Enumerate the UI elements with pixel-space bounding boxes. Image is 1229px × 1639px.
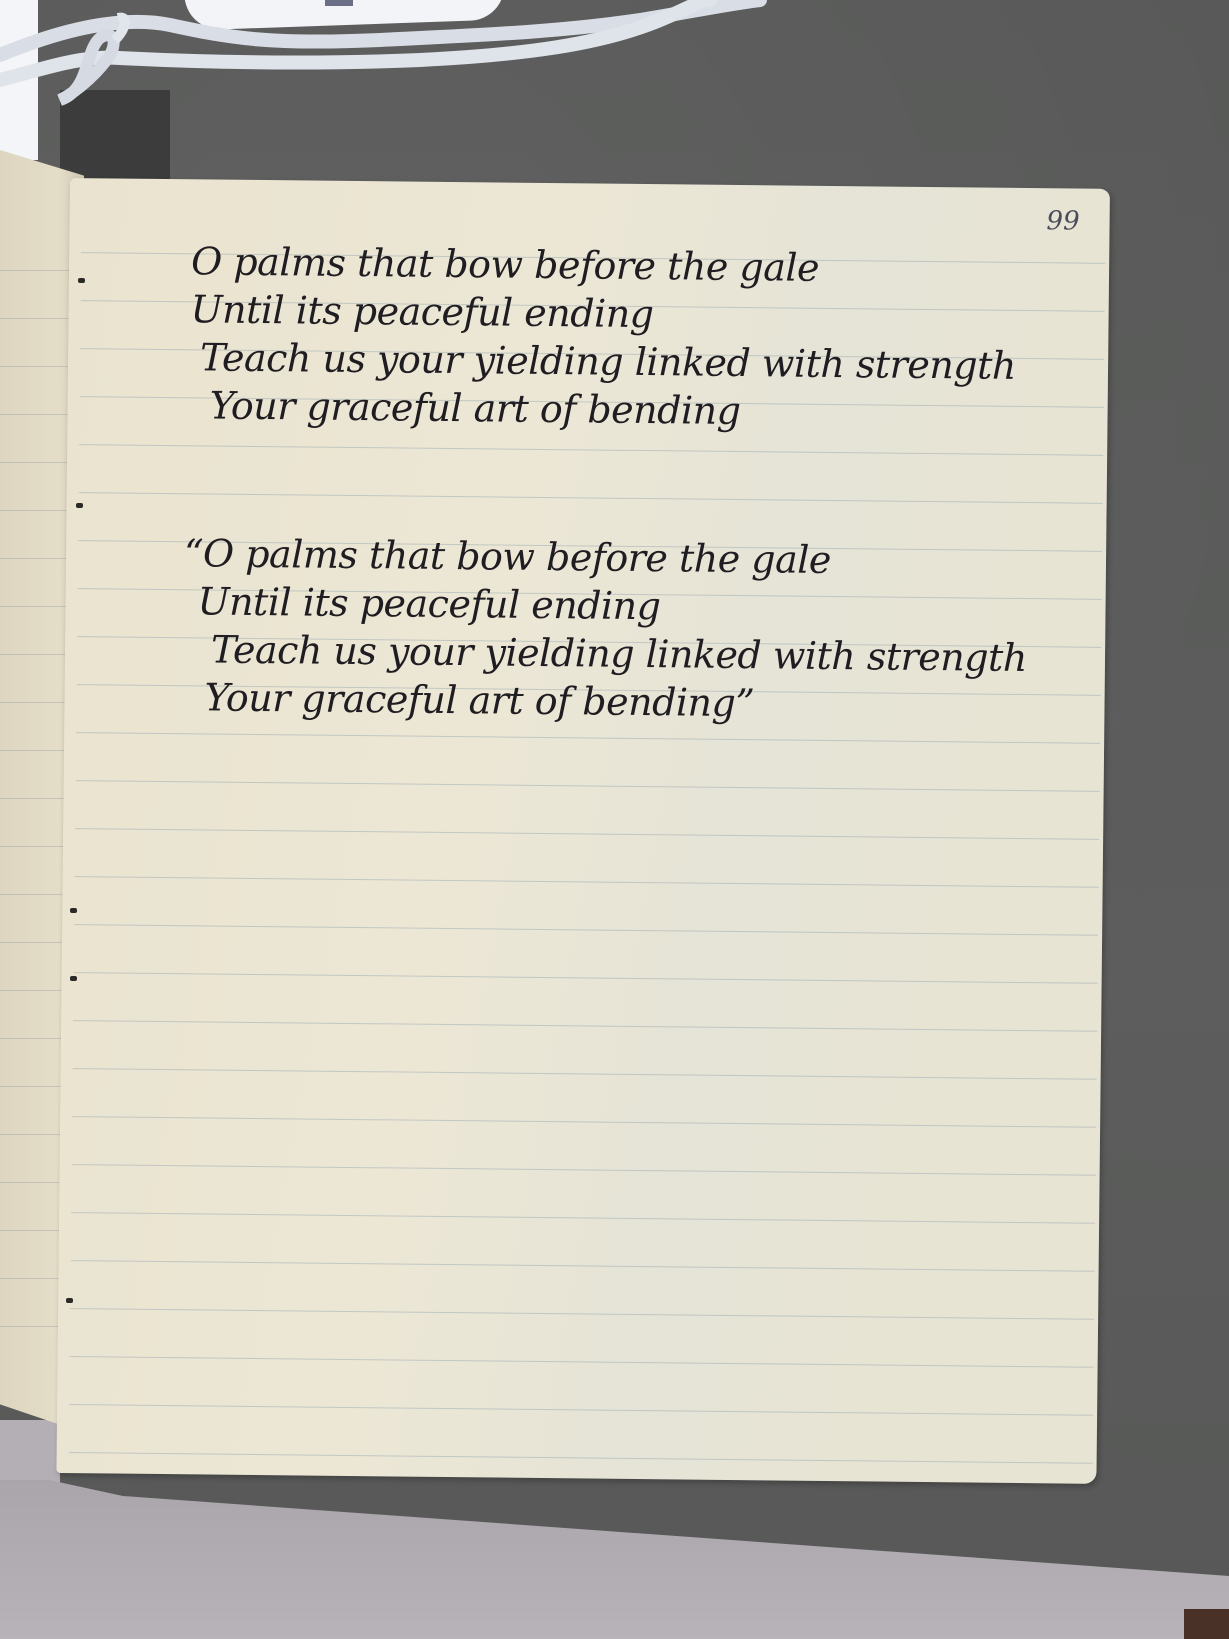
poem-line: Your graceful art of bending” <box>182 673 1026 730</box>
page-number: 99 <box>1046 206 1079 236</box>
poem-line: Your graceful art of bending <box>189 381 1015 438</box>
poem-line: Teach us your yielding linked with stren… <box>183 625 1027 682</box>
binding-stitch <box>70 908 77 913</box>
binding-stitch <box>70 976 77 981</box>
poem-line: “O palms that bow before the gale <box>184 529 1028 586</box>
poem-line: O palms that bow before the gale <box>191 237 1017 294</box>
poem-line: Until its peaceful ending <box>190 285 1016 342</box>
notebook-page: 99 O palms that bow before the gale Unti… <box>56 178 1110 1484</box>
binding-stitch <box>76 503 83 508</box>
cord-icon <box>0 0 800 120</box>
binding-stitch <box>78 278 85 283</box>
poem-stanza-2: “O palms that bow before the gale Until … <box>182 529 1028 730</box>
binding-stitch <box>66 1298 73 1303</box>
poem-line: Teach us your yielding linked with stren… <box>190 333 1016 390</box>
wooden-edge <box>1184 1609 1229 1639</box>
poem-line: Until its peaceful ending <box>183 577 1027 634</box>
poem-stanza-1: O palms that bow before the gale Until i… <box>189 237 1017 438</box>
